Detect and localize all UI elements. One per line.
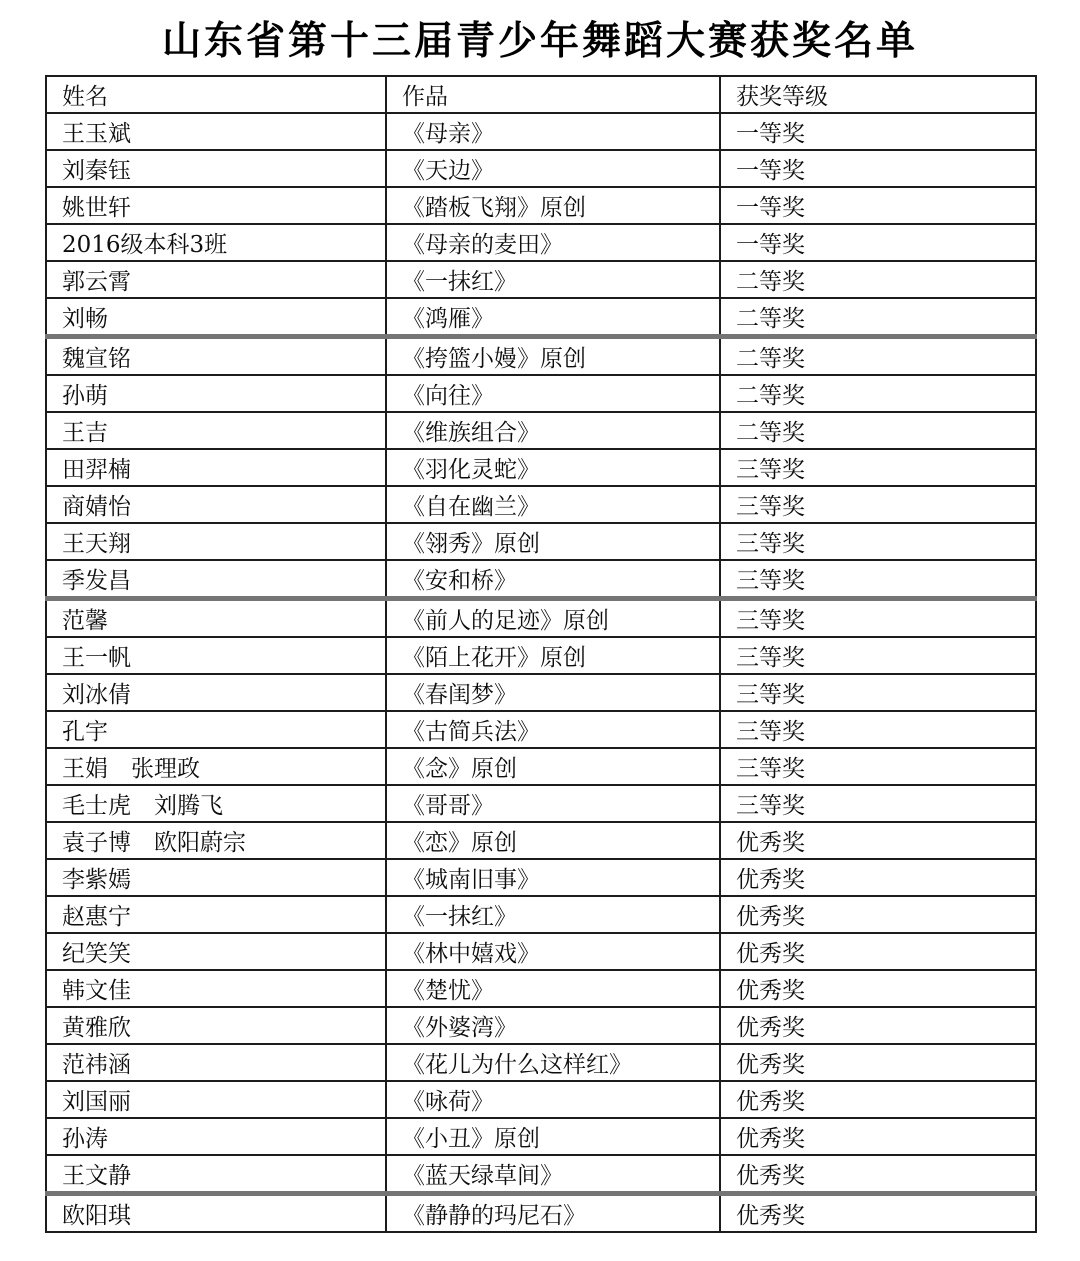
cell-name: 魏宣铭 xyxy=(46,337,386,376)
cell-award: 二等奖 xyxy=(720,375,1036,412)
cell-name: 2016级本科3班 xyxy=(46,224,386,261)
cell-name: 毛士虎 刘腾飞 xyxy=(46,785,386,822)
table-row: 范馨《前人的足迹》原创三等奖 xyxy=(46,599,1036,638)
cell-name: 刘冰倩 xyxy=(46,674,386,711)
table-row: 姚世轩《踏板飞翔》原创一等奖 xyxy=(46,187,1036,224)
cell-name: 王吉 xyxy=(46,412,386,449)
cell-award: 优秀奖 xyxy=(720,859,1036,896)
table-row: 商婧怡《自在幽兰》三等奖 xyxy=(46,486,1036,523)
table-row: 刘冰倩《春闺梦》三等奖 xyxy=(46,674,1036,711)
table-row: 郭云霄《一抹红》二等奖 xyxy=(46,261,1036,298)
cell-award: 优秀奖 xyxy=(720,933,1036,970)
cell-work: 《春闺梦》 xyxy=(386,674,720,711)
cell-award: 三等奖 xyxy=(720,523,1036,560)
cell-work: 《挎篮小嫚》原创 xyxy=(386,337,720,376)
cell-work: 《外婆湾》 xyxy=(386,1007,720,1044)
cell-award: 优秀奖 xyxy=(720,822,1036,859)
col-header-name: 姓名 xyxy=(46,76,386,113)
table-row: 孔宇《古简兵法》三等奖 xyxy=(46,711,1036,748)
cell-award: 三等奖 xyxy=(720,748,1036,785)
cell-name: 孙萌 xyxy=(46,375,386,412)
table-row: 2016级本科3班《母亲的麦田》一等奖 xyxy=(46,224,1036,261)
cell-award: 一等奖 xyxy=(720,150,1036,187)
cell-name: 刘秦钰 xyxy=(46,150,386,187)
cell-work: 《前人的足迹》原创 xyxy=(386,599,720,638)
cell-name: 刘畅 xyxy=(46,298,386,337)
cell-work: 《安和桥》 xyxy=(386,560,720,599)
cell-name: 郭云霄 xyxy=(46,261,386,298)
cell-work: 《花儿为什么这样红》 xyxy=(386,1044,720,1081)
cell-work: 《维族组合》 xyxy=(386,412,720,449)
table-row: 刘畅《鸿雁》二等奖 xyxy=(46,298,1036,337)
cell-work: 《一抹红》 xyxy=(386,261,720,298)
table-row: 王玉斌《母亲》一等奖 xyxy=(46,113,1036,150)
table-row: 孙萌《向往》二等奖 xyxy=(46,375,1036,412)
cell-name: 田羿楠 xyxy=(46,449,386,486)
cell-award: 优秀奖 xyxy=(720,1118,1036,1155)
cell-work: 《林中嬉戏》 xyxy=(386,933,720,970)
table-row: 季发昌《安和桥》三等奖 xyxy=(46,560,1036,599)
cell-name: 刘国丽 xyxy=(46,1081,386,1118)
cell-award: 一等奖 xyxy=(720,224,1036,261)
cell-work: 《楚忧》 xyxy=(386,970,720,1007)
table-row: 田羿楠《羽化灵蛇》三等奖 xyxy=(46,449,1036,486)
cell-name: 袁子博 欧阳蔚宗 xyxy=(46,822,386,859)
cell-award: 优秀奖 xyxy=(720,896,1036,933)
cell-work: 《向往》 xyxy=(386,375,720,412)
page-title: 山东省第十三届青少年舞蹈大赛获奖名单 xyxy=(0,10,1080,66)
cell-name: 范馨 xyxy=(46,599,386,638)
cell-award: 优秀奖 xyxy=(720,1194,1036,1233)
document-page: 山东省第十三届青少年舞蹈大赛获奖名单 姓名 作品 获奖等级 王玉斌《母亲》一等奖… xyxy=(0,0,1080,1261)
cell-name: 王文静 xyxy=(46,1155,386,1194)
cell-work: 《羽化灵蛇》 xyxy=(386,449,720,486)
cell-work: 《蓝天绿草间》 xyxy=(386,1155,720,1194)
table-row: 刘国丽《咏荷》优秀奖 xyxy=(46,1081,1036,1118)
cell-award: 一等奖 xyxy=(720,113,1036,150)
cell-name: 欧阳琪 xyxy=(46,1194,386,1233)
cell-name: 王娟 张理政 xyxy=(46,748,386,785)
cell-award: 二等奖 xyxy=(720,337,1036,376)
awards-table: 姓名 作品 获奖等级 王玉斌《母亲》一等奖刘秦钰《天边》一等奖姚世轩《踏板飞翔》… xyxy=(45,75,1037,1233)
cell-work: 《母亲的麦田》 xyxy=(386,224,720,261)
table-row: 王文静《蓝天绿草间》优秀奖 xyxy=(46,1155,1036,1194)
header-row: 姓名 作品 获奖等级 xyxy=(46,76,1036,113)
table-row: 孙涛《小丑》原创优秀奖 xyxy=(46,1118,1036,1155)
table-row: 黄雅欣《外婆湾》优秀奖 xyxy=(46,1007,1036,1044)
table-row: 韩文佳《楚忧》优秀奖 xyxy=(46,970,1036,1007)
table-row: 纪笑笑《林中嬉戏》优秀奖 xyxy=(46,933,1036,970)
cell-name: 姚世轩 xyxy=(46,187,386,224)
cell-work: 《咏荷》 xyxy=(386,1081,720,1118)
cell-name: 范祎涵 xyxy=(46,1044,386,1081)
cell-work: 《古简兵法》 xyxy=(386,711,720,748)
cell-work: 《恋》原创 xyxy=(386,822,720,859)
cell-award: 三等奖 xyxy=(720,486,1036,523)
table-row: 王天翔《翎秀》原创三等奖 xyxy=(46,523,1036,560)
table-row: 袁子博 欧阳蔚宗《恋》原创优秀奖 xyxy=(46,822,1036,859)
cell-award: 三等奖 xyxy=(720,711,1036,748)
cell-work: 《静静的玛尼石》 xyxy=(386,1194,720,1233)
cell-name: 商婧怡 xyxy=(46,486,386,523)
cell-work: 《哥哥》 xyxy=(386,785,720,822)
cell-award: 二等奖 xyxy=(720,298,1036,337)
cell-name: 王玉斌 xyxy=(46,113,386,150)
cell-work: 《念》原创 xyxy=(386,748,720,785)
table-row: 范祎涵《花儿为什么这样红》优秀奖 xyxy=(46,1044,1036,1081)
col-header-award: 获奖等级 xyxy=(720,76,1036,113)
cell-work: 《鸿雁》 xyxy=(386,298,720,337)
table-row: 王娟 张理政《念》原创三等奖 xyxy=(46,748,1036,785)
cell-name: 赵惠宁 xyxy=(46,896,386,933)
table-row: 魏宣铭《挎篮小嫚》原创二等奖 xyxy=(46,337,1036,376)
table-row: 毛士虎 刘腾飞《哥哥》三等奖 xyxy=(46,785,1036,822)
table-row: 李紫嫣《城南旧事》优秀奖 xyxy=(46,859,1036,896)
cell-name: 黄雅欣 xyxy=(46,1007,386,1044)
cell-name: 孔宇 xyxy=(46,711,386,748)
cell-award: 三等奖 xyxy=(720,637,1036,674)
cell-award: 三等奖 xyxy=(720,785,1036,822)
table-row: 赵惠宁《一抹红》优秀奖 xyxy=(46,896,1036,933)
cell-award: 一等奖 xyxy=(720,187,1036,224)
cell-award: 三等奖 xyxy=(720,449,1036,486)
cell-award: 三等奖 xyxy=(720,599,1036,638)
table-row: 刘秦钰《天边》一等奖 xyxy=(46,150,1036,187)
cell-work: 《天边》 xyxy=(386,150,720,187)
cell-award: 二等奖 xyxy=(720,412,1036,449)
cell-name: 季发昌 xyxy=(46,560,386,599)
cell-work: 《城南旧事》 xyxy=(386,859,720,896)
cell-award: 优秀奖 xyxy=(720,970,1036,1007)
cell-award: 优秀奖 xyxy=(720,1007,1036,1044)
cell-name: 韩文佳 xyxy=(46,970,386,1007)
cell-award: 二等奖 xyxy=(720,261,1036,298)
cell-name: 纪笑笑 xyxy=(46,933,386,970)
cell-award: 三等奖 xyxy=(720,674,1036,711)
col-header-work: 作品 xyxy=(386,76,720,113)
cell-name: 王天翔 xyxy=(46,523,386,560)
cell-award: 优秀奖 xyxy=(720,1044,1036,1081)
cell-work: 《一抹红》 xyxy=(386,896,720,933)
cell-name: 李紫嫣 xyxy=(46,859,386,896)
cell-name: 王一帆 xyxy=(46,637,386,674)
cell-award: 三等奖 xyxy=(720,560,1036,599)
cell-work: 《小丑》原创 xyxy=(386,1118,720,1155)
cell-work: 《陌上花开》原创 xyxy=(386,637,720,674)
cell-award: 优秀奖 xyxy=(720,1081,1036,1118)
table-row: 王吉《维族组合》二等奖 xyxy=(46,412,1036,449)
table-row: 欧阳琪《静静的玛尼石》优秀奖 xyxy=(46,1194,1036,1233)
cell-work: 《翎秀》原创 xyxy=(386,523,720,560)
table-row: 王一帆《陌上花开》原创三等奖 xyxy=(46,637,1036,674)
cell-work: 《母亲》 xyxy=(386,113,720,150)
cell-work: 《踏板飞翔》原创 xyxy=(386,187,720,224)
cell-work: 《自在幽兰》 xyxy=(386,486,720,523)
cell-name: 孙涛 xyxy=(46,1118,386,1155)
cell-award: 优秀奖 xyxy=(720,1155,1036,1194)
